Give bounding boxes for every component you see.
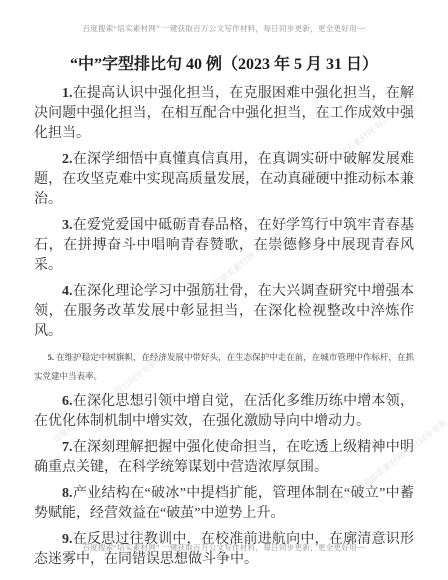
paragraph-text: 在深刻理解把握中强化使命担当，在吃透上级精神中明确重点关键，在科学统筹谋划中营造… — [34, 440, 414, 475]
paragraph-4: 4.在深化理论学习中强筋壮骨，在大兴调查研究中增强本领，在服务改革发展中彰显担当… — [34, 282, 414, 342]
paragraph-number: 7. — [62, 440, 73, 455]
paragraph-number: 6. — [62, 394, 73, 409]
paragraph-5: 5. 在维护稳定中树旗帜，在经济发展中带好头，在生态保护中走在前，在城市管理中作… — [34, 348, 414, 386]
paragraph-1: 1.在提高认识中强化担当，在克服困难中强化担当，在解决问题中强化担当，在相互配合… — [34, 84, 414, 144]
paragraph-6: 6.在深化思想引领中增自觉，在活化多维历练中增本领，在优化体制机制中增实效，在强… — [34, 392, 414, 432]
paragraph-text: 产业结构在“破冰”中提档扩能，管理体制在“破立”中蓄势赋能，经营效益在“破茧”中… — [34, 486, 414, 521]
paragraph-number: 1. — [62, 86, 73, 101]
paragraph-text: 在提高认识中强化担当，在克服困难中强化担当，在解决问题中强化担当，在相互配合中强… — [34, 86, 414, 141]
paragraph-2: 2.在深学细悟中真懂真信真用，在真调实研中破解发展难题，在攻坚克难中实现高质量发… — [34, 150, 414, 210]
paragraph-number: 8. — [62, 486, 73, 501]
header-promo-note: 百度搜索“培实素材网” 一键获取百万公文写作材料，每日同步更新，更全更好用~~ — [0, 23, 448, 34]
paragraph-text: 在深化思想引领中增自觉，在活化多维历练中增本领，在优化体制机制中增实效，在强化激… — [34, 394, 414, 429]
paragraph-text: 在深化理论学习中强筋壮骨，在大兴调查研究中增强本领，在服务改革发展中彰显担当，在… — [34, 284, 414, 339]
page-title: “中”字型排比句 40 例（2023 年 5 月 31 日） — [0, 0, 448, 76]
paragraph-number: 3. — [62, 218, 73, 233]
paragraph-number: 4. — [62, 284, 73, 299]
paragraph-7: 7.在深刻理解把握中强化使命担当，在吃透上级精神中明确重点关键，在科学统筹谋划中… — [34, 438, 414, 478]
paragraph-number: 5. — [48, 352, 57, 362]
paragraph-text: 在爱党爱国中砥砺青春品格，在好学笃行中筑牢青春基石，在拼搏奋斗中唱响青春赞歌，在… — [34, 218, 414, 273]
document-page: 百度搜索“培实素材网” 一键获取百万公文写作材料，每日同步更新，更全更好用~~ … — [0, 0, 448, 580]
footer-promo-note: 百度搜索“培实素材网” 一键获取百万公文写作材料，每日同步更新，更全更好用~~ — [0, 542, 448, 553]
paragraph-3: 3.在爱党爱国中砥砺青春品格，在好学笃行中筑牢青春基石，在拼搏奋斗中唱响青春赞歌… — [34, 216, 414, 276]
paragraph-number: 2. — [62, 152, 73, 167]
paragraph-8: 8.产业结构在“破冰”中提档扩能，管理体制在“破立”中蓄势赋能，经营效益在“破茧… — [34, 484, 414, 524]
paragraph-text: 在深学细悟中真懂真信真用，在真调实研中破解发展难题，在攻坚克难中实现高质量发展，… — [34, 152, 414, 207]
paragraph-text: 在维护稳定中树旗帜，在经济发展中带好头，在生态保护中走在前，在城市管理中作标杆，… — [34, 352, 414, 381]
document-body: 1.在提高认识中强化担当，在克服困难中强化担当，在解决问题中强化担当，在相互配合… — [0, 84, 448, 570]
